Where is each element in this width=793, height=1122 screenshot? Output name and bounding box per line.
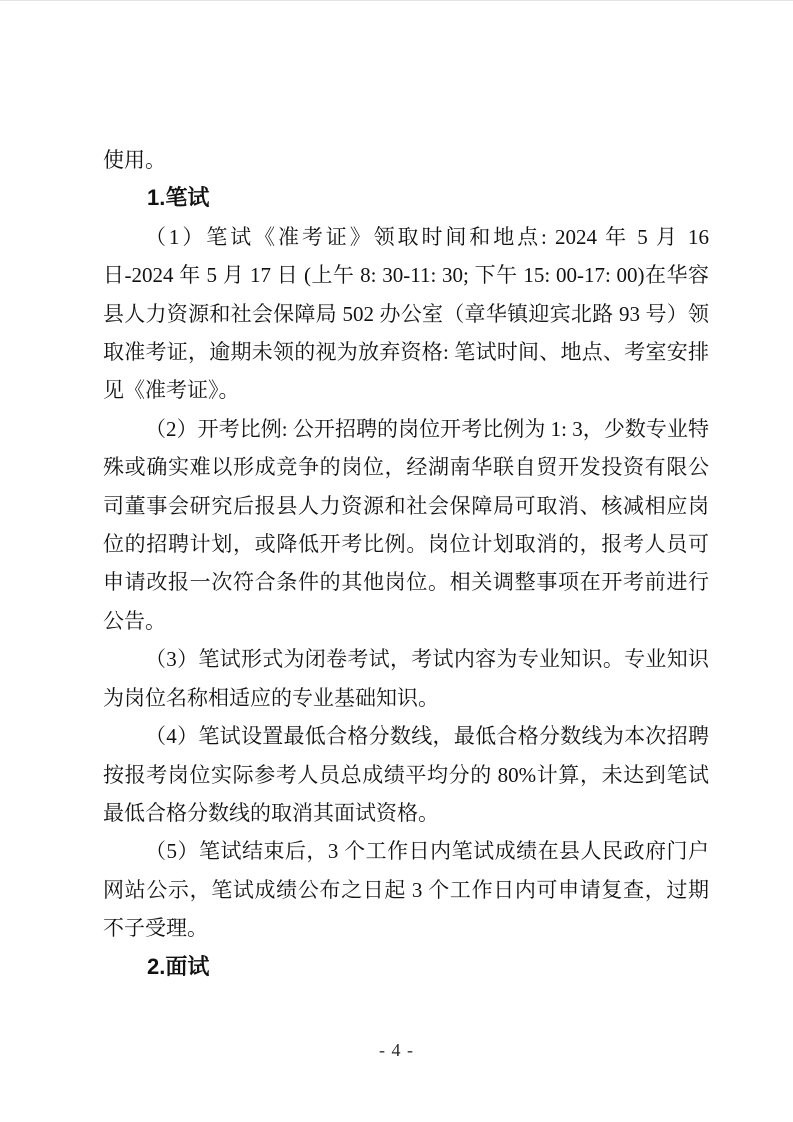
page-number: - 4 - xyxy=(0,1040,793,1061)
document-body: 使用。 1.笔试 （1）笔试《准考证》领取时间和地点: 2024 年 5 月 1… xyxy=(103,141,709,986)
page-top-edge xyxy=(0,0,793,1)
paragraph-item-1-admission-ticket: （1）笔试《准考证》领取时间和地点: 2024 年 5 月 16 日-2024 … xyxy=(103,218,709,410)
heading-interview: 2.面试 xyxy=(103,948,709,986)
paragraph-continuation: 使用。 xyxy=(103,141,709,179)
paragraph-item-2-exam-ratio: （2）开考比例: 公开招聘的岗位开考比例为 1: 3，少数专业特殊或确实难以形成… xyxy=(103,410,709,640)
paragraph-item-3-exam-format: （3）笔试形式为闭卷考试，考试内容为专业知识。专业知识为岗位名称相适应的专业基础… xyxy=(103,640,709,717)
heading-written-test: 1.笔试 xyxy=(103,179,709,217)
paragraph-item-5-results: （5）笔试结束后，3 个工作日内笔试成绩在县人民政府门户网站公示，笔试成绩公布之… xyxy=(103,832,709,947)
paragraph-item-4-passing-score: （4）笔试设置最低合格分数线，最低合格分数线为本次招聘按报考岗位实际参考人员总成… xyxy=(103,717,709,832)
